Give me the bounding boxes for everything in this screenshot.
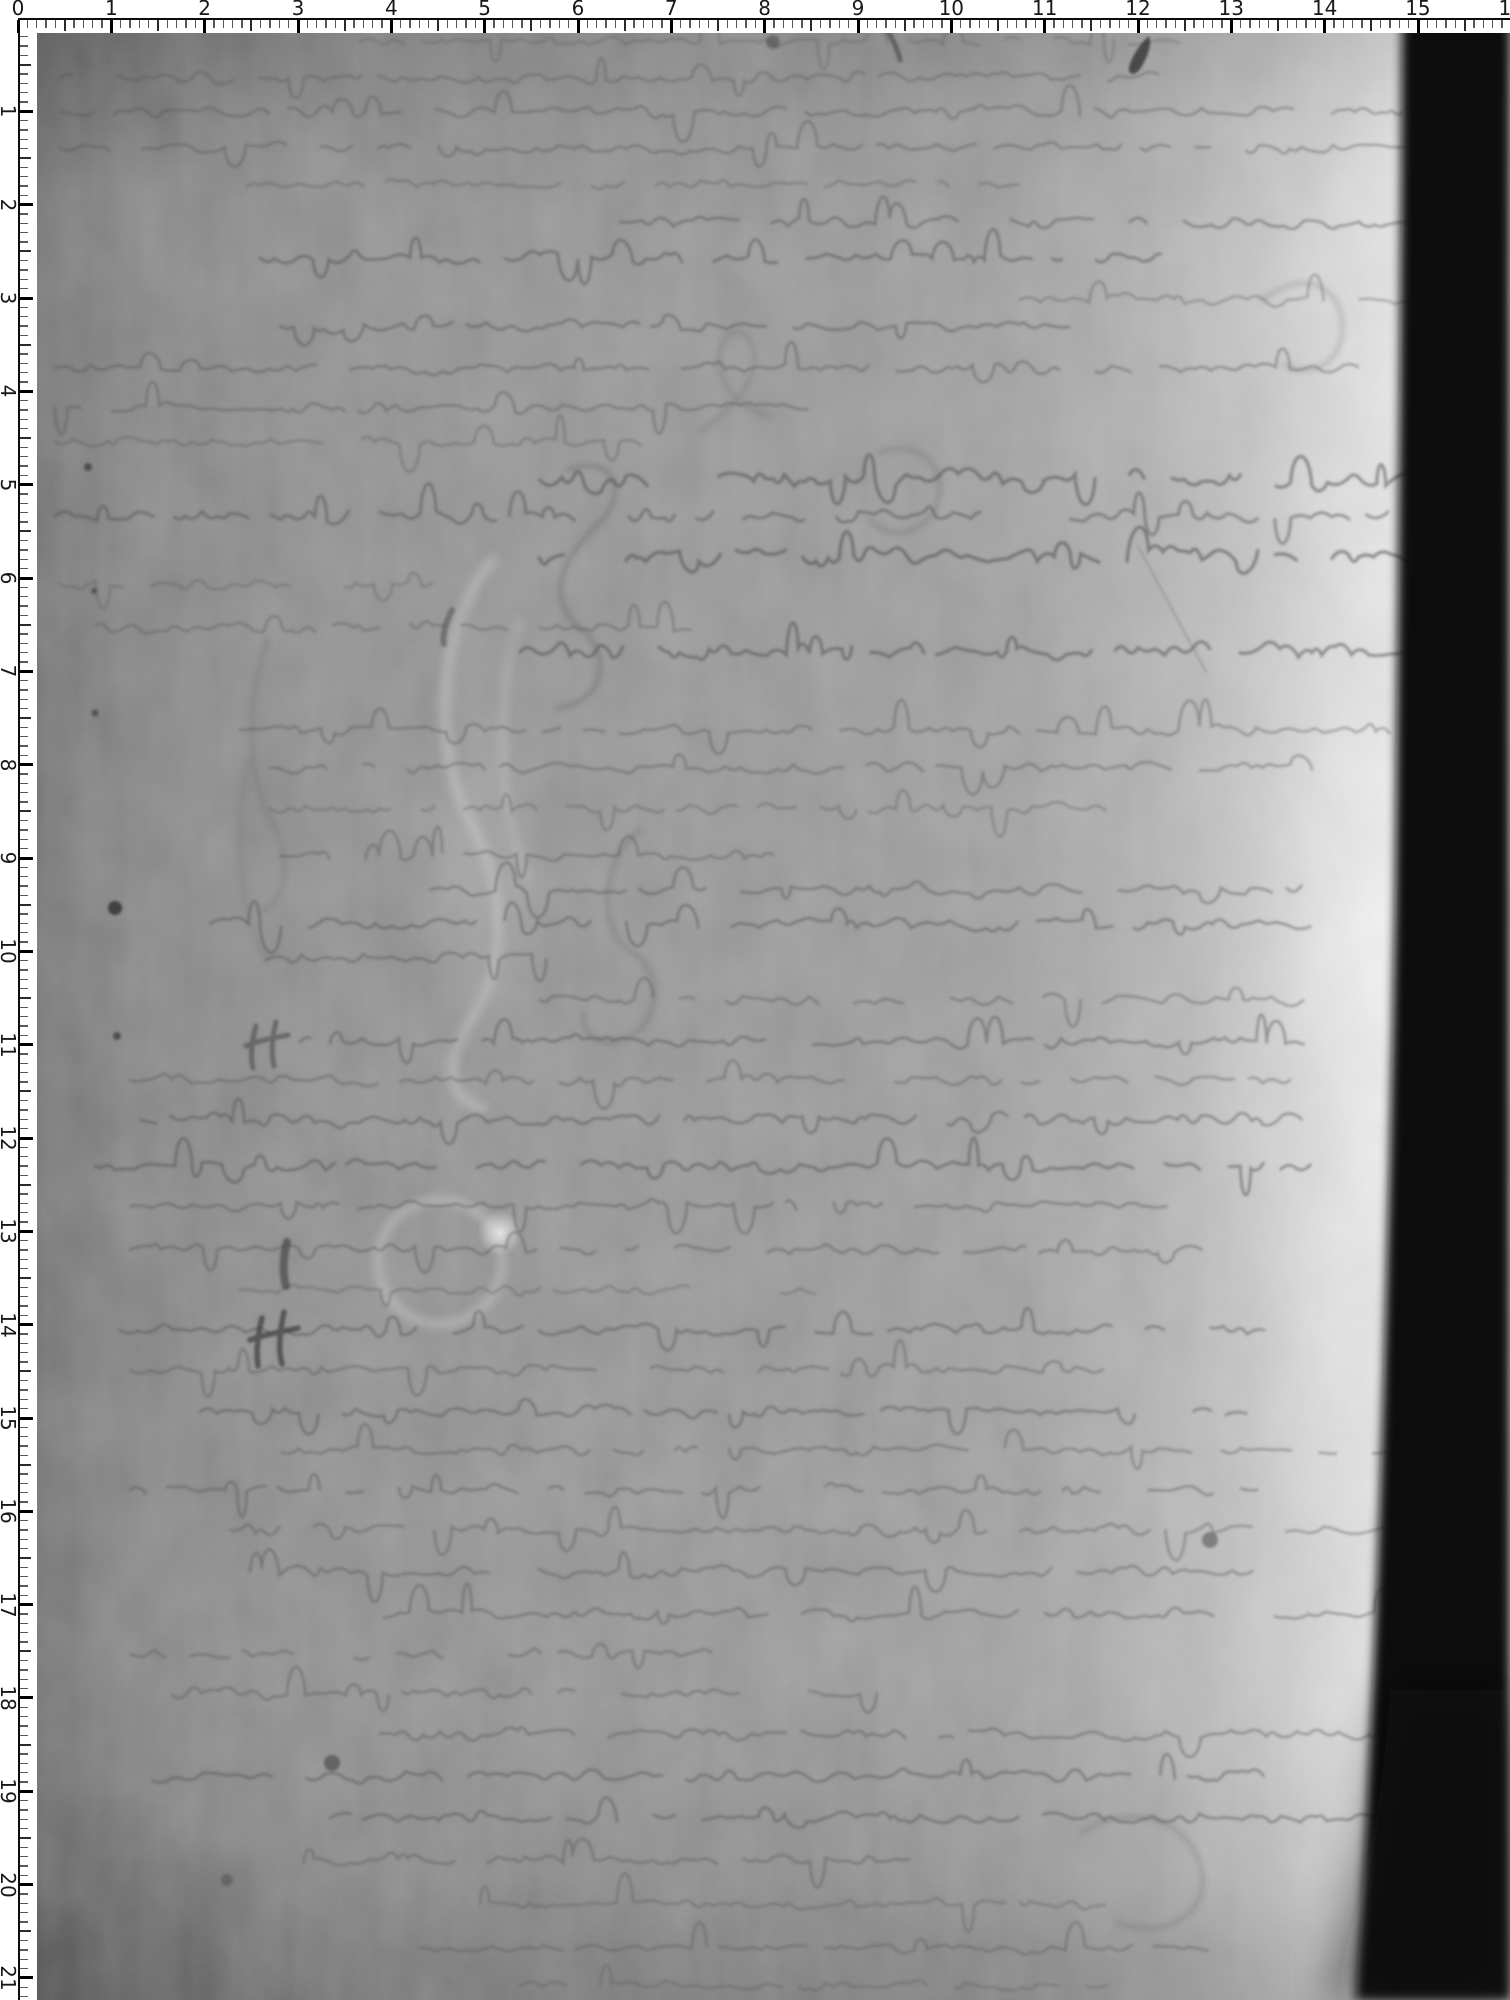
ruler-tick — [1165, 20, 1167, 28]
ruler-tick — [83, 20, 85, 28]
ruler-tick — [20, 1455, 28, 1457]
ruler-tick — [20, 1976, 33, 1979]
ruler-tick — [969, 20, 971, 28]
ruler-label: 14 — [1312, 0, 1337, 16]
ruler-tick — [20, 288, 28, 290]
ruler-tick — [577, 20, 580, 33]
ruler-tick — [20, 465, 28, 467]
ruler-tick — [475, 20, 477, 28]
ruler-tick — [20, 1883, 33, 1886]
ruler-tick — [20, 596, 28, 598]
ruler-tick — [950, 20, 953, 33]
ruler-tick — [20, 1053, 28, 1055]
ruler-tick — [20, 1557, 31, 1559]
ruler-tick — [316, 20, 318, 28]
ruler-tick — [20, 559, 28, 561]
ruler-label: 2 — [198, 0, 211, 16]
ruler-tick — [20, 801, 28, 803]
ruler-tick — [1081, 20, 1083, 28]
ruler-tick — [20, 699, 28, 701]
ruler-tick — [1230, 20, 1233, 33]
ruler-tick — [20, 1819, 28, 1821]
ruler-tick — [20, 1716, 28, 1718]
ruler-tick — [1203, 20, 1205, 28]
ruler-tick — [1259, 20, 1261, 28]
ruler-tick — [20, 213, 28, 215]
ruler-tick — [20, 1072, 28, 1074]
ruler-tick — [120, 20, 122, 28]
ruler-tick — [867, 20, 869, 28]
ruler-tick — [20, 1669, 28, 1671]
ruler-tick — [680, 20, 682, 28]
ruler-tick — [1473, 20, 1475, 28]
ruler-tick — [20, 1520, 28, 1522]
ruler-tick — [745, 20, 747, 28]
ruler-tick — [20, 1510, 33, 1513]
ruler-tick — [792, 20, 794, 28]
ruler-tick — [20, 1436, 28, 1438]
ruler-tick — [20, 1025, 28, 1027]
ruler-tick — [20, 503, 28, 505]
ruler-tick — [20, 643, 28, 645]
ruler-tick — [20, 241, 28, 243]
ruler-tick — [20, 1613, 28, 1615]
ruler-label: 6 — [572, 0, 585, 16]
ruler-tick — [20, 1473, 28, 1475]
ruler-tick — [941, 20, 943, 28]
ruler-tick — [20, 1343, 28, 1345]
ruler-tick — [20, 1249, 28, 1251]
ruler-tick — [20, 1921, 28, 1923]
ruler-tick — [503, 20, 505, 28]
ruler-tick — [20, 363, 28, 365]
ruler-label: 12 — [0, 1125, 16, 1150]
ruler-tick — [20, 36, 28, 38]
ruler-tick — [232, 20, 234, 28]
ruler-tick — [540, 20, 542, 28]
ruler-tick — [20, 110, 33, 113]
ruler-tick — [20, 763, 33, 766]
ruler-tick — [1240, 20, 1242, 28]
ruler-label: 5 — [0, 478, 16, 491]
ruler-tick — [20, 1837, 31, 1839]
ruler-tick — [643, 20, 645, 28]
ruler-tick — [20, 1035, 28, 1037]
ruler-tick — [20, 195, 28, 197]
ruler-tick — [20, 1212, 28, 1214]
ruler-tick — [20, 83, 28, 85]
ruler-tick — [20, 1959, 28, 1961]
ruler-tick — [20, 45, 28, 47]
ruler-tick — [20, 64, 31, 66]
ruler-tick — [1408, 20, 1410, 28]
ruler-tick — [904, 20, 906, 31]
ruler-tick — [20, 1893, 28, 1895]
ruler-tick — [20, 1333, 28, 1335]
ruler-tick — [20, 1361, 28, 1363]
ruler-tick — [932, 20, 934, 28]
ruler-tick — [20, 857, 33, 860]
ruler-tick — [20, 829, 28, 831]
ruler-tick — [717, 20, 719, 31]
ruler-tick — [20, 1650, 31, 1652]
ruler-tick — [1035, 20, 1037, 28]
ruler-tick — [727, 20, 729, 28]
ruler-tick — [20, 755, 28, 757]
ruler-tick — [20, 1175, 28, 1177]
ruler-tick — [20, 1763, 28, 1765]
ruler-tick — [895, 20, 897, 28]
ruler-tick — [876, 20, 878, 28]
ruler-tick — [20, 839, 28, 841]
ruler-tick — [670, 20, 673, 33]
ruler-tick — [483, 20, 486, 33]
ruler-tick — [20, 92, 28, 94]
ruler-tick — [20, 1539, 28, 1541]
ruler-label: 10 — [939, 0, 964, 16]
ruler-tick — [689, 20, 691, 28]
ruler-tick — [20, 1641, 28, 1643]
ruler-tick — [783, 20, 785, 28]
ruler-tick — [20, 904, 31, 906]
ruler-tick — [20, 773, 28, 775]
ruler-tick — [20, 400, 28, 402]
ruler-tick — [20, 848, 28, 850]
ruler-tick — [20, 447, 28, 449]
ruler-tick — [20, 1427, 28, 1429]
ruler-tick — [363, 20, 365, 28]
ruler-tick — [1043, 20, 1046, 33]
ruler-label: 5 — [478, 0, 491, 16]
ruler-tick — [20, 1809, 28, 1811]
ruler-tick — [241, 20, 243, 28]
ruler-tick — [1352, 20, 1354, 28]
ruler-tick — [20, 661, 28, 663]
ruler-tick — [20, 1090, 31, 1092]
ruler-tick — [400, 20, 402, 28]
ruler-tick — [20, 867, 28, 869]
ruler-tick — [885, 20, 887, 28]
ruler-tick — [20, 689, 28, 691]
ruler-tick — [1305, 20, 1307, 28]
ruler-tick — [250, 20, 252, 31]
ruler-tick — [20, 203, 33, 206]
ruler-tick — [260, 20, 262, 28]
ruler-tick — [1193, 20, 1195, 28]
ruler-tick — [20, 1277, 31, 1279]
ruler-tick — [521, 20, 523, 28]
ruler-tick — [27, 20, 29, 28]
ruler-tick — [20, 1735, 28, 1737]
ruler-tick — [203, 20, 206, 33]
ruler-tick — [997, 20, 999, 31]
ruler-tick — [1287, 20, 1289, 28]
ruler-tick — [1464, 20, 1466, 31]
ruler-tick — [1277, 20, 1279, 31]
ruler-tick — [20, 1081, 28, 1083]
ruler-tick — [923, 20, 925, 28]
ruler-tick — [45, 20, 47, 28]
ruler-tick — [20, 1240, 28, 1242]
ruler-tick — [20, 148, 28, 150]
ruler-tick — [1361, 20, 1363, 28]
ruler-tick — [1492, 20, 1494, 28]
ruler-tick — [20, 652, 28, 654]
ruler-tick — [307, 20, 309, 28]
ruler-tick — [20, 1147, 28, 1149]
ruler-tick — [20, 1156, 28, 1158]
ruler-label: 17 — [0, 1592, 16, 1617]
ruler-tick — [428, 20, 430, 28]
ruler-tick — [20, 1529, 28, 1531]
ruler-tick — [20, 1352, 28, 1354]
ruler-tick — [20, 941, 28, 943]
ruler-tick — [20, 1567, 28, 1569]
ruler-tick — [20, 419, 28, 421]
ruler-tick — [20, 913, 28, 915]
ruler-label: 2 — [0, 198, 16, 211]
ruler-tick — [1063, 20, 1065, 28]
ruler-tick — [512, 20, 514, 28]
ruler-tick — [20, 1305, 28, 1307]
ruler-tick — [20, 250, 31, 252]
ruler-tick — [20, 1679, 28, 1681]
ruler-tick — [848, 20, 850, 28]
ruler-tick — [559, 20, 561, 28]
ruler-tick — [820, 20, 822, 28]
ruler-label: 16 — [1499, 0, 1510, 16]
ruler-tick — [20, 428, 28, 430]
ruler-tick — [979, 20, 981, 28]
ruler-label: 3 — [0, 292, 16, 305]
ruler-tick — [20, 1268, 28, 1270]
ruler-tick — [20, 1016, 28, 1018]
ruler-tick — [1137, 20, 1140, 33]
ruler-tick — [20, 260, 28, 262]
ruler-tick — [20, 923, 28, 925]
ruler-tick — [20, 792, 28, 794]
ruler-label: 15 — [0, 1405, 16, 1430]
ruler-tick — [20, 269, 28, 271]
ruler-tick — [269, 20, 271, 28]
ruler-tick — [773, 20, 775, 28]
ruler-tick — [615, 20, 617, 28]
ruler-tick — [1445, 20, 1447, 28]
ruler-tick — [20, 1380, 28, 1382]
ruler-tick — [20, 1203, 28, 1205]
ruler-tick — [549, 20, 551, 28]
ruler-tick — [20, 708, 28, 710]
ruler-tick — [20, 1230, 33, 1233]
ruler-tick — [20, 979, 28, 981]
ruler-tick — [20, 1165, 28, 1167]
ruler-tick — [20, 633, 28, 635]
ruler-tick — [20, 1725, 28, 1727]
ruler-tick — [20, 820, 28, 822]
ruler-tick — [20, 997, 31, 999]
ruler-label: 11 — [0, 1032, 16, 1057]
ruler-tick — [20, 1221, 28, 1223]
ruler-tick — [20, 1259, 28, 1261]
ruler-tick — [437, 20, 439, 31]
ruler-tick — [20, 1296, 28, 1298]
ruler-tick — [20, 176, 28, 178]
ruler-tick — [829, 20, 831, 28]
ruler-tick — [20, 185, 28, 187]
ruler-label: 1 — [0, 105, 16, 118]
ruler-tick — [185, 20, 187, 28]
ruler-label: 4 — [385, 0, 398, 16]
ruler-label: 7 — [665, 0, 678, 16]
ruler-tick — [409, 20, 411, 28]
ruler-tick — [20, 1595, 28, 1597]
ruler-tick — [20, 950, 33, 953]
ruler-tick — [20, 670, 33, 673]
ruler-tick — [20, 736, 28, 738]
ruler-left: 123456789101112131415161718192021 — [0, 0, 37, 2000]
ruler-tick — [857, 20, 860, 33]
ruler-label: 12 — [1125, 0, 1150, 16]
ruler-tick — [20, 876, 28, 878]
ruler-tick — [1455, 20, 1457, 28]
ruler-label: 9 — [0, 852, 16, 865]
ruler-tick — [390, 20, 393, 33]
ruler-tick — [20, 1968, 28, 1970]
ruler-tick — [1025, 20, 1027, 28]
ruler-tick — [1370, 20, 1372, 31]
ruler-tick — [20, 1417, 33, 1420]
ruler-tick — [530, 20, 532, 31]
ruler-tick — [110, 20, 113, 33]
ruler-tick — [419, 20, 421, 28]
ruler-tick — [20, 167, 28, 169]
ruler-tick — [20, 1800, 28, 1802]
ruler-tick — [1128, 20, 1130, 28]
ruler-tick — [20, 55, 28, 57]
ruler-tick — [20, 1323, 33, 1326]
ruler-tick — [55, 20, 57, 28]
ruler-tick — [20, 101, 28, 103]
ruler-tick — [1007, 20, 1009, 28]
ruler-tick — [839, 20, 841, 28]
ruler-tick — [1212, 20, 1214, 28]
ruler-tick — [344, 20, 346, 31]
ruler-tick — [20, 279, 28, 281]
ruler-tick — [176, 20, 178, 28]
ruler-label: 3 — [292, 0, 305, 16]
ruler-tick — [20, 1781, 28, 1783]
ruler-tick — [20, 745, 28, 747]
ruler-tick — [587, 20, 589, 28]
ruler-tick — [605, 20, 607, 28]
ruler-tick — [20, 727, 28, 729]
ruler-tick — [279, 20, 281, 28]
ruler-tick — [372, 20, 374, 28]
ruler-tick — [20, 493, 28, 495]
ruler-tick — [20, 335, 28, 337]
ruler-tick — [20, 1875, 28, 1877]
ruler-tick — [20, 1007, 28, 1009]
ruler-tick — [20, 456, 28, 458]
ruler-tick — [36, 20, 38, 28]
ruler-tick — [20, 409, 28, 411]
ruler-tick — [624, 20, 626, 31]
ruler-tick — [1343, 20, 1345, 28]
ruler-tick — [447, 20, 449, 28]
ruler-tick — [20, 1903, 28, 1905]
ruler-tick — [353, 20, 355, 28]
ruler-tick — [64, 20, 66, 31]
ruler-tick — [20, 512, 28, 514]
ruler-tick — [20, 1445, 28, 1447]
ruler-tick — [960, 20, 962, 28]
ruler-tick — [20, 810, 31, 812]
ruler-tick — [20, 1623, 28, 1625]
ruler-tick — [20, 549, 28, 551]
ruler-tick — [493, 20, 495, 28]
ruler-label: 7 — [0, 665, 16, 678]
ruler-tick — [20, 1790, 33, 1793]
ruler-label: 18 — [0, 1685, 16, 1710]
ruler-tick — [699, 20, 701, 28]
ruler-tick — [20, 680, 28, 682]
ruler-tick — [20, 1483, 28, 1485]
ruler-tick — [20, 540, 28, 542]
ruler-tick — [1333, 20, 1335, 28]
ruler-tick — [148, 20, 150, 28]
ruler-tick — [1249, 20, 1251, 28]
ruler-tick — [20, 1996, 28, 1998]
ruler-tick — [1399, 20, 1401, 28]
ruler-tick — [1221, 20, 1223, 28]
ruler-tick — [20, 1865, 28, 1867]
ruler-tick — [195, 20, 197, 28]
ruler-tick — [20, 297, 33, 300]
ruler-tick — [1389, 20, 1391, 28]
ruler-label: 16 — [0, 1499, 16, 1524]
ruler-tick — [20, 587, 28, 589]
ruler-tick — [20, 120, 28, 122]
ruler-tick — [288, 20, 290, 28]
ruler-tick — [20, 390, 33, 393]
ruler-tick — [20, 437, 31, 439]
ruler-tick — [568, 20, 570, 28]
ruler-tick — [801, 20, 803, 28]
ruler-tick — [988, 20, 990, 28]
ruler-label: 8 — [0, 758, 16, 771]
ruler-tick — [20, 1399, 28, 1401]
ruler-tick — [325, 20, 327, 28]
ruler-tick — [20, 988, 28, 990]
ruler-tick — [20, 475, 28, 477]
ruler-tick — [20, 605, 28, 607]
ruler-tick — [20, 307, 28, 309]
ruler-tick — [20, 960, 28, 962]
ruler-tick — [1296, 20, 1298, 28]
ruler-tick — [736, 20, 738, 28]
ruler-tick — [652, 20, 654, 28]
ruler-tick — [20, 1688, 28, 1690]
ruler-tick — [20, 381, 28, 383]
ruler-tick — [20, 1100, 28, 1102]
ruler-tick — [20, 1660, 28, 1662]
ruler-tick — [1380, 20, 1382, 28]
ruler-tick — [1315, 20, 1317, 28]
ruler-label: 13 — [0, 1219, 16, 1244]
ruler-tick — [20, 1109, 28, 1111]
ruler-tick — [20, 1464, 31, 1466]
ruler-tick — [20, 1548, 28, 1550]
